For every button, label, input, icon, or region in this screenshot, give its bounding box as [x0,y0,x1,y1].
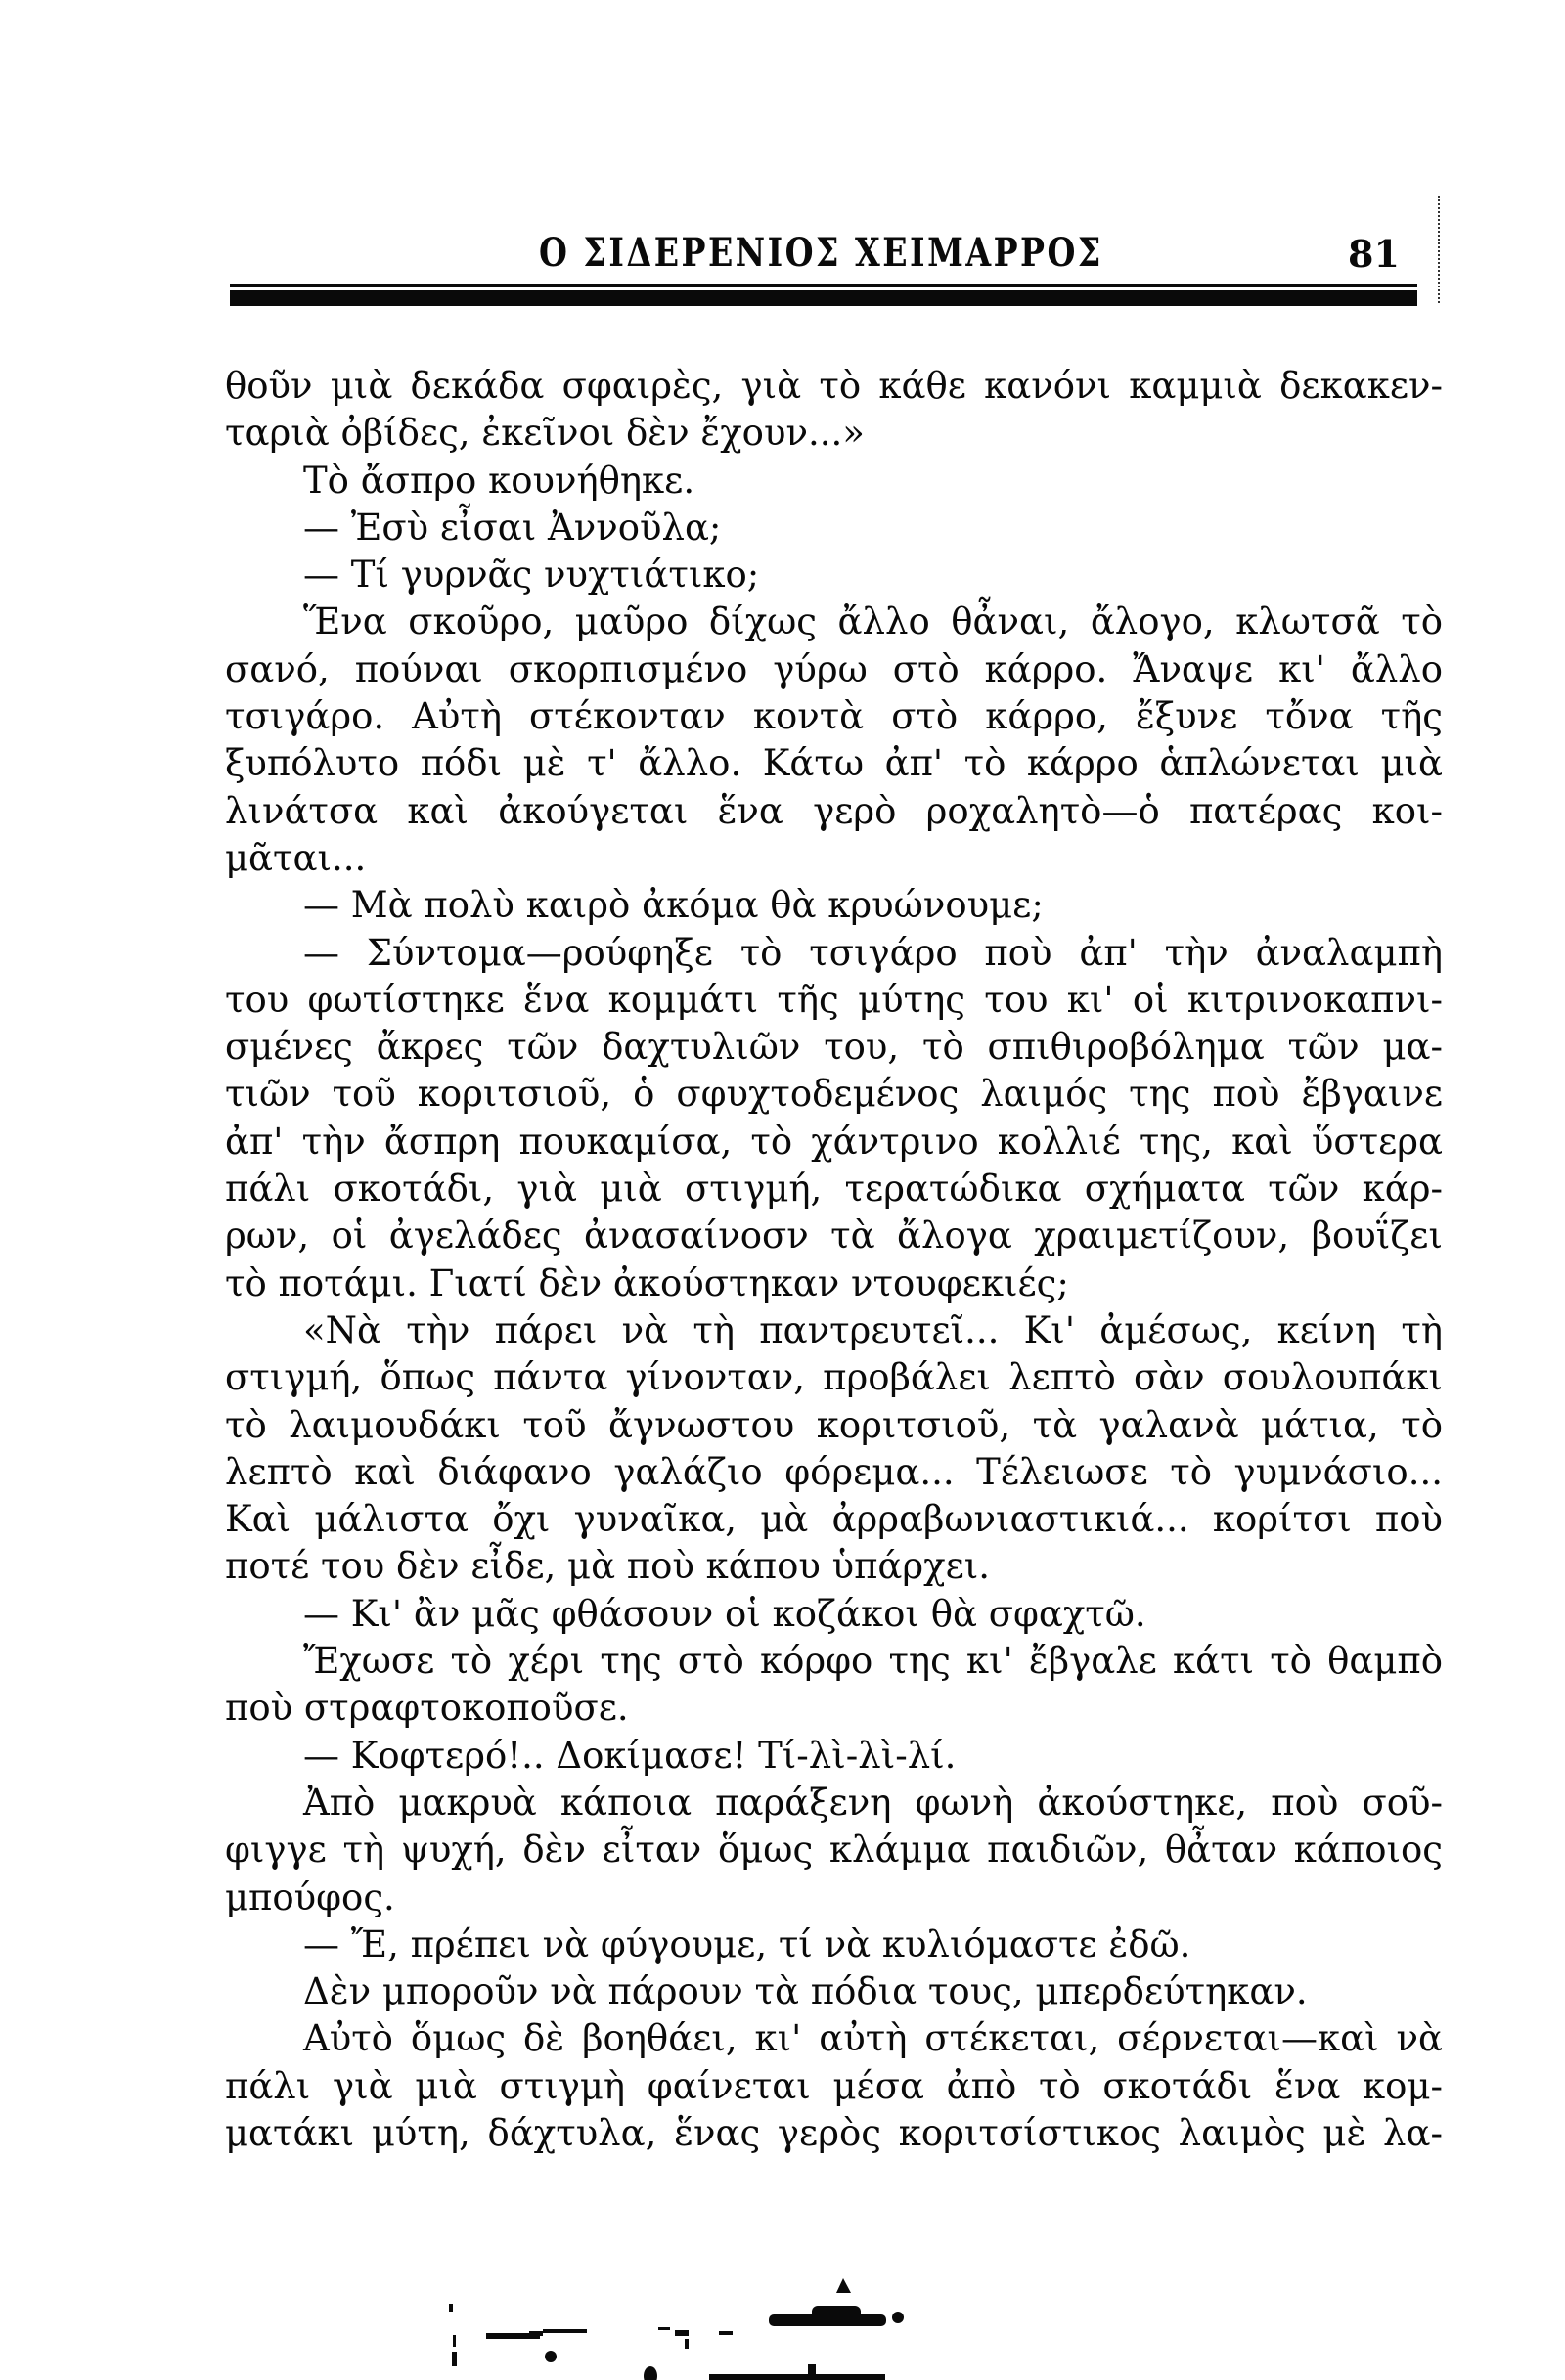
body-text: θοῦν μιὰ δεκάδα σφαιρὲς, γιὰ τὸ κάθε καν… [225,363,1443,2157]
text-line: σμένες ἄκρες τῶν δαχτυλιῶν του, τὸ σπιθι… [225,1024,1443,1071]
text-line: «Νὰ τὴν πάρει νὰ τὴ παντρευτεῖ... Κι' ἀμ… [225,1307,1443,1354]
text-line: Αὐτὸ ὅμως δὲ βοηθάει, κι' αὐτὴ στέκεται,… [225,2015,1443,2062]
page-number: 81 [1348,233,1400,276]
text-line: τιῶν τοῦ κοριτσιοῦ, ὁ σφυχτοδεμένος λαιμ… [225,1071,1443,1118]
text-line: πάλι σκοτάδι, γιὰ μιὰ στιγμή, τερατώδικα… [225,1166,1443,1212]
text-line: — Τί γυρνᾶς νυχτιάτικο; [225,551,1443,598]
text-line: μᾶται... [225,835,1443,882]
text-line: μπούφος. [225,1874,1443,1921]
text-line: Ἕνα σκοῦρο, μαῦρο δίχως ἄλλο θἆναι, ἄλογ… [225,598,1443,645]
text-line: τὸ ποτάμι. Γιατί δὲν ἀκούστηκαν ντουφεκι… [225,1260,1443,1307]
text-line: ρων, οἱ ἀγελάδες ἀνασαίνοσν τὰ ἄλογα χρα… [225,1212,1443,1259]
header-rule [230,284,1417,307]
text-line: Ἔχωσε τὸ χέρι της στὸ κόρφο της κι' ἔβγα… [225,1638,1443,1685]
text-line: — Μὰ πολὺ καιρὸ ἀκόμα θὰ κρυώνουμε; [225,882,1443,929]
scan-edge-marks [1438,196,1446,303]
header-rule-thin [230,284,1417,287]
text-line: — Ἔ, πρέπει νὰ φύγουμε, τί νὰ κυλιόμαστε… [225,1921,1443,1968]
header-rule-thick [230,290,1417,306]
text-line: λινάτσα καὶ ἀκούγεται ἕνα γερὸ ροχαλητὸ—… [225,788,1443,835]
text-line: — Κοφτερό!.. Δοκίμασε! Τί-λὶ-λὶ-λί. [225,1733,1443,1780]
running-title: Ο ΣΙΔΕΡΕΝΙΟΣ ΧΕΙΜΑΡΡΟΣ [539,231,1034,276]
text-line: Ἀπὸ μακρυὰ κάποια παράξενη φωνὴ ἀκούστηκ… [225,1780,1443,1827]
text-line: λεπτὸ καὶ διάφανο γαλάζιο φόρεμα... Τέλε… [225,1449,1443,1496]
text-line: ποὺ στραφτοκοποῦσε. [225,1685,1443,1732]
text-line: του φωτίστηκε ἕνα κομμάτι τῆς μύτης του … [225,977,1443,1024]
text-line: ἀπ' τὴν ἄσπρη πουκαμίσα, τὸ χάντρινο κολ… [225,1119,1443,1166]
text-line: — Ἐσὺ εἶσαι Ἀννοῦλα; [225,505,1443,551]
text-line: — Κι' ἂν μᾶς φθάσουν οἱ κοζάκοι θὰ σφαχτ… [225,1591,1443,1638]
text-line: ποτέ του δὲν εἶδε, μὰ ποὺ κάπου ὑπάρχει. [225,1543,1443,1590]
text-line: ματάκι μύτη, δάχτυλα, ἕνας γερὸς κοριτσί… [225,2110,1443,2157]
text-line: τσιγάρο. Αὐτὴ στέκονταν κοντὰ στὸ κάρρο,… [225,693,1443,740]
text-line: θοῦν μιὰ δεκάδα σφαιρὲς, γιὰ τὸ κάθε καν… [225,363,1443,410]
text-line: Δὲν μποροῦν νὰ πάρουν τὰ πόδια τους, μπε… [225,1968,1443,2015]
book-page: Ο ΣΙΔΕΡΕΝΙΟΣ ΧΕΙΜΑΡΡΟΣ 81 θοῦν μιὰ δεκάδ… [0,0,1565,2380]
text-line: Καὶ μάλιστα ὄχι γυναῖκα, μὰ ἀρραβωνιαστι… [225,1496,1443,1543]
text-line: ξυπόλυτο πόδι μὲ τ' ἄλλο. Κάτω ἀπ' τὸ κά… [225,740,1443,787]
text-line: στιγμή, ὅπως πάντα γίνονταν, προβάλει λε… [225,1354,1443,1401]
text-line: ταριὰ ὀβίδες, ἐκεῖνοι δὲν ἔχουν...» [225,410,1443,457]
text-line: σανό, πούναι σκορπισμένο γύρω στὸ κάρρο.… [225,646,1443,693]
text-line: πάλι γιὰ μιὰ στιγμὴ φαίνεται μέσα ἀπὸ τὸ… [225,2063,1443,2110]
text-line: Τὸ ἄσπρο κουνήθηκε. [225,458,1443,505]
text-line: φιγγε τὴ ψυχή, δὲν εἶταν ὅμως κλάμμα παι… [225,1827,1443,1873]
text-line: τὸ λαιμουδάκι τοῦ ἄγνωστου κοριτσιοῦ, τὰ… [225,1402,1443,1449]
text-line: — Σύντομα—ρούφηξε τὸ τσιγάρο ποὺ ἀπ' τὴν… [225,930,1443,977]
